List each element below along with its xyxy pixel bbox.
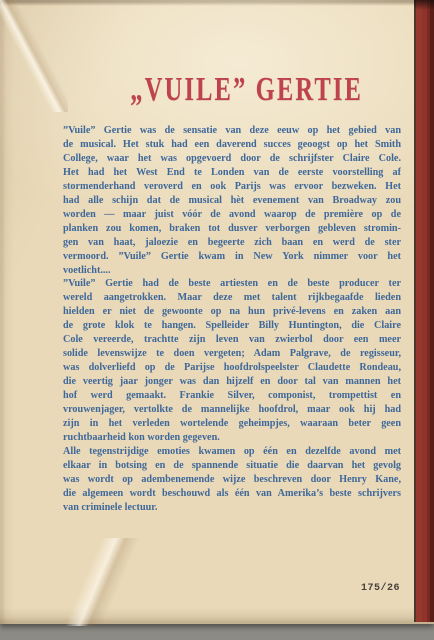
cover-board-edge: [414, 0, 434, 622]
body-line: had alle schijn dat de musical hèt evene…: [63, 194, 401, 208]
body-line: stormenderhand veroverd en ook Parijs wa…: [63, 180, 401, 194]
body-line: hielden er niet de gewoonte op na hun pr…: [63, 305, 401, 319]
paper-crease-bottom-left: [0, 538, 200, 626]
body-line: was dolverliefd op de Parijse hoofdrolsp…: [63, 361, 401, 375]
body-line: hof werd gemaakt. Frankie Silver, compon…: [63, 389, 401, 403]
book-back-cover: „VUILE” GERTIE ”Vuile” Gertie was de sen…: [0, 0, 434, 624]
body-line: ”Vuile” Gertie had de beste artiesten en…: [63, 277, 401, 291]
body-line: Cole vereerde, trachtte zijn leven van z…: [63, 333, 401, 347]
body-line: zijn in het verleden wortelende geheimpj…: [63, 417, 401, 431]
body-line: ”Vuile” Gertie was de sensatie van deze …: [63, 124, 401, 138]
body-line: was wordt op adembenemende wijze beschre…: [63, 473, 401, 487]
body-line: solide levenswijze te doen vergeten; Ada…: [63, 347, 401, 361]
print-code: 175/26: [350, 583, 400, 594]
body-line: worden — maar juist vóór de avond waarop…: [63, 208, 401, 222]
body-line: de grote klok te hangen. Spelleider Bill…: [63, 319, 401, 333]
paper-crease-top-left: [0, 0, 68, 112]
body-line: die veertig jaar jonger was dan hijzelf …: [63, 375, 401, 389]
body-line: Alle tegenstrijdige emoties kwamen op éé…: [63, 445, 401, 459]
body-line: Het had het West End te Londen van de ee…: [63, 166, 401, 180]
body-line: ruchtbaarheid kon worden gegeven.: [63, 431, 401, 445]
body-line: van criminele lectuur.: [63, 501, 401, 515]
book-title: „VUILE” GERTIE: [63, 70, 401, 110]
photo-backdrop: { "colors": { "backdrop": "#8c8b84", "pa…: [0, 0, 434, 640]
body-line: die algemeen wordt beschouwd als één van…: [63, 487, 401, 501]
body-line: vermoord. ”Vuile” Gertie kwam in New Yor…: [63, 250, 401, 264]
body-line: wereld aangetrokken. Maar deze met talen…: [63, 291, 401, 305]
body-line: College, waar het was opgevoerd door de …: [63, 152, 401, 166]
body-line: planken zou komen, braken tot dusver ver…: [63, 222, 401, 236]
book-title-text: „VUILE” GERTIE: [131, 70, 364, 110]
body-line: elkaar in botsing en de spannende situat…: [63, 459, 401, 473]
body-line: de musical. Het stuk had een daverend su…: [63, 138, 401, 152]
body-text: ”Vuile” Gertie was de sensatie van deze …: [63, 124, 401, 515]
body-line: vrouwenjager, vertolkte de mannelijke ho…: [63, 403, 401, 417]
body-line: voetlicht....: [63, 264, 401, 278]
body-line: gen van haat, jaloezie en begeerte zich …: [63, 236, 401, 250]
